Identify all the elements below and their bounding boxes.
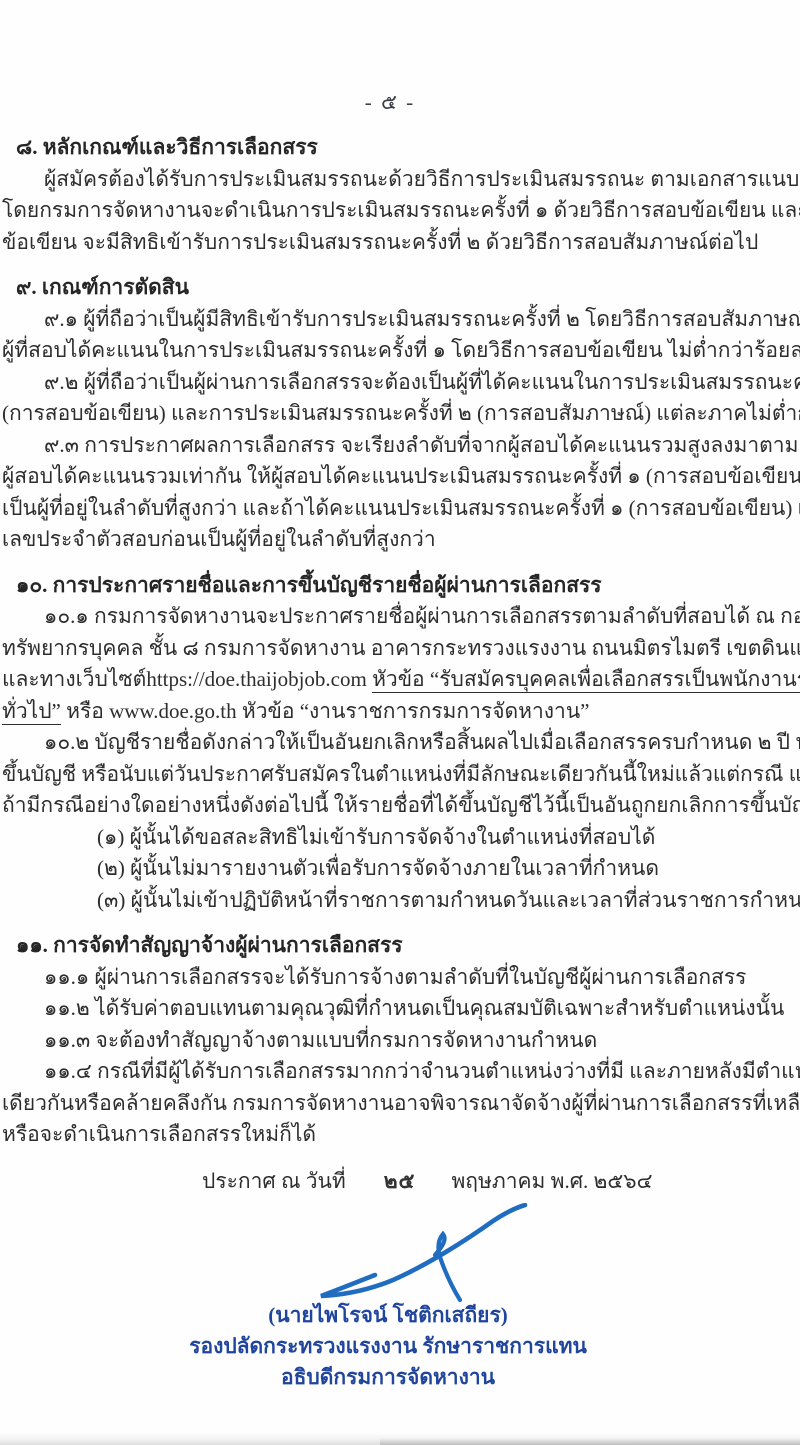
text-line: ทั่วไป” หรือ www.doe.go.th หัวข้อ “งานรา… [0,696,800,728]
text-line: ผู้ที่สอบได้คะแนนในการประเมินสมรรถนะครั้… [0,335,800,367]
page-number: - ๕ - [0,86,780,119]
scanned-announcement-page: - ๕ - ๘. หลักเกณฑ์และวิธีการเลือกสรรผู้ส… [0,0,800,1445]
text-line: โดยกรมการจัดหางานจะดำเนินการประเมินสมรรถ… [0,195,800,227]
text-line: ๙.๒ ผู้ที่ถือว่าเป็นผู้ผ่านการเลือกสรรจะ… [0,367,800,399]
text-line: เป็นผู้ที่อยู่ในลำดับที่สูงกว่า และถ้าได… [0,493,800,525]
document-body: ๘. หลักเกณฑ์และวิธีการเลือกสรรผู้สมัครต้… [0,118,800,1151]
announcement-date-line: ประกาศ ณ วันที่๒๕พฤษภาคม พ.ศ. ๒๕๖๔ [202,1165,653,1198]
text-line: เดียวกันหรือคล้ายคลึงกัน กรมการจัดหางานอ… [0,1088,800,1120]
section-heading: ๘. หลักเกณฑ์และวิธีการเลือกสรร [0,132,800,164]
underlined-text: ทั่วไป” [2,699,61,725]
text-line: ๑๑.๓ จะต้องทำสัญญาจ้างตามแบบที่กรมการจัด… [0,1025,800,1057]
text-line: ผู้สมัครต้องได้รับการประเมินสมรรถนะด้วยว… [0,164,800,196]
list-item: (๒) ผู้นั้นไม่มารายงานตัวเพื่อรับการจัดจ… [0,853,800,885]
text-line: ๑๑.๑ ผู้ผ่านการเลือกสรรจะได้รับการจ้างตา… [0,962,800,994]
text-line: และทางเว็บไซต์https://doe.thaijobjob.com… [0,664,800,696]
signatory-name: (นายไพโรจน์ โชติกเสถียร) [0,1300,776,1331]
text-line: ๑๐.๑ กรมการจัดหางานจะประกาศรายชื่อผู้ผ่า… [0,601,800,633]
signature-ink [313,1203,531,1305]
section-heading: ๑๐. การประกาศรายชื่อและการขึ้นบัญชีรายชื… [0,570,800,602]
section-heading: ๑๑. การจัดทำสัญญาจ้างผู้ผ่านการเลือกสรร [0,930,800,962]
text-line: (การสอบข้อเขียน) และการประเมินสมรรถนะครั… [0,398,800,430]
text-line: เลขประจำตัวสอบก่อนเป็นผู้ที่อยู่ในลำดับท… [0,524,800,556]
section-heading: ๙. เกณฑ์การตัดสิน [0,272,800,304]
text-line: ทรัพยากรบุคคล ชั้น ๘ กรมการจัดหางาน อาคา… [0,633,800,665]
text-line: ๑๑.๒ ได้รับค่าตอบแทนตามคุณวุฒิที่กำหนดเป… [0,993,800,1025]
date-day: ๒๕ [384,1169,416,1193]
text-line: ขึ้นบัญชี หรือนับแต่วันประกาศรับสมัครในต… [0,759,800,791]
signatory-title-2: อธิบดีกรมการจัดหางาน [0,1362,776,1393]
scan-artifact-bottom-right [380,1438,800,1445]
text-line: ๙.๓ การประกาศผลการเลือกสรร จะเรียงลำดับท… [0,430,800,462]
list-item: (๓) ผู้นั้นไม่เข้าปฏิบัติหน้าที่ราชการตา… [0,885,800,917]
text-line: ๑๐.๒ บัญชีรายชื่อดังกล่าวให้เป็นอันยกเลิ… [0,727,800,759]
text-line: ถ้ามีกรณีอย่างใดอย่างหนึ่งดังต่อไปนี้ ให… [0,790,800,822]
underlined-text: หัวข้อ “รับสมัครบุคคลเพื่อเลือกสรรเป็นพน… [372,667,800,693]
list-item: (๑) ผู้นั้นได้ขอสละสิทธิไม่เข้ารับการจัด… [0,822,800,854]
date-prefix: ประกาศ ณ วันที่ [202,1169,346,1193]
text-line: ๑๑.๔ กรณีที่มีผู้ได้รับการเลือกสรรมากกว่… [0,1056,800,1088]
text-line: ๙.๑ ผู้ที่ถือว่าเป็นผู้มีสิทธิเข้ารับการ… [0,304,800,336]
signature-main-stroke [321,1205,525,1296]
text-line: หรือจะดำเนินการเลือกสรรใหม่ก็ได้ [0,1119,800,1151]
text-line: ข้อเขียน จะมีสิทธิเข้ารับการประเมินสมรรถ… [0,227,800,259]
signatory-title-1: รองปลัดกระทรวงแรงงาน รักษาราชการแทน [0,1331,776,1362]
text-line: ผู้สอบได้คะแนนรวมเท่ากัน ให้ผู้สอบได้คะแ… [0,461,800,493]
date-rest: พฤษภาคม พ.ศ. ๒๕๖๔ [451,1169,652,1193]
signature-block: (นายไพโรจน์ โชติกเสถียร) รองปลัดกระทรวงแ… [0,1300,776,1393]
